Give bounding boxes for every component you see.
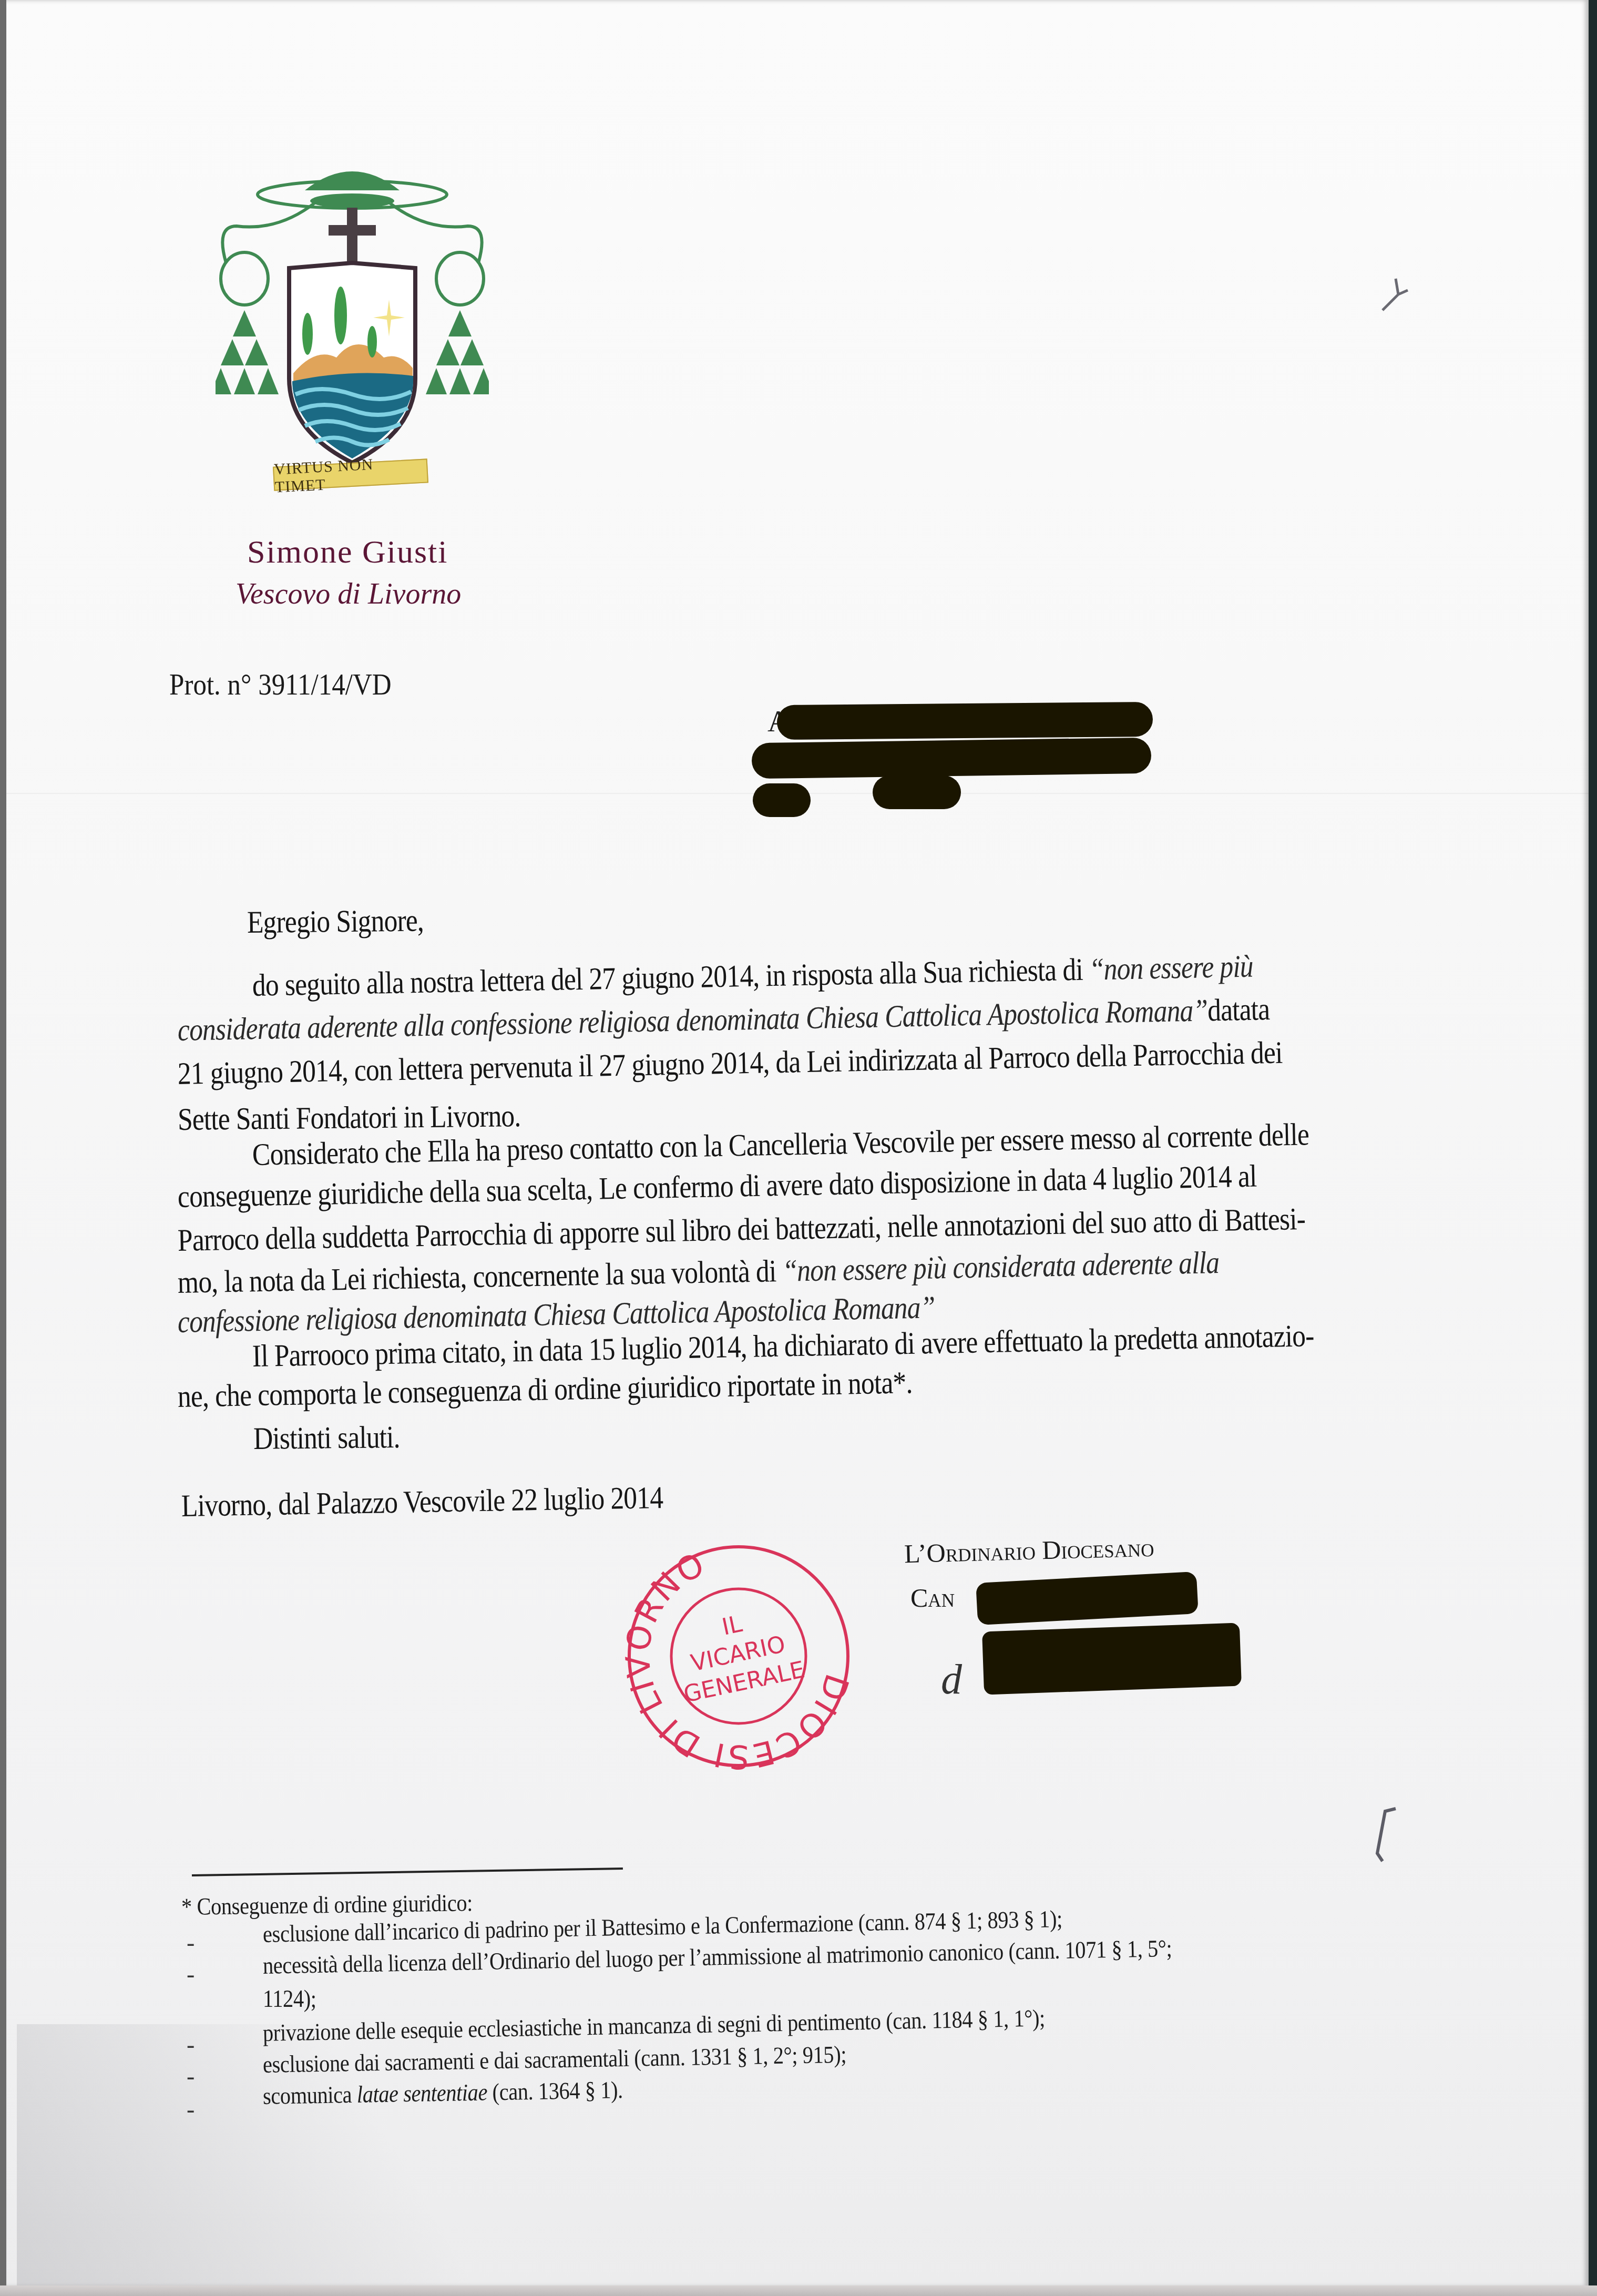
pen-mark-icon	[1377, 273, 1430, 326]
bullet: -	[187, 2095, 194, 2123]
signature-role: L’Ordinario Diocesano	[904, 1532, 1154, 1569]
footnote-item-continuation: 1124);	[263, 1985, 316, 2013]
salutation: Egregio Signore,	[247, 902, 424, 941]
photo-edge-left	[0, 0, 6, 2296]
redaction-bar	[777, 702, 1153, 740]
closing: Distinti saluti.	[253, 1419, 400, 1457]
photo-edge-right	[1589, 0, 1597, 2296]
diocese-stamp-icon: DIOCESI DI LIVORNO IL VICARIO GENERALE	[623, 1540, 854, 1772]
bishop-title: Vescovo di Livorno	[236, 577, 461, 611]
bullet: -	[187, 1928, 194, 1956]
signature-initial: d	[941, 1656, 962, 1704]
coat-of-arms-motto: VIRTUS NON TIMET	[273, 458, 428, 491]
bishop-name: Simone Giusti	[247, 534, 448, 571]
bullet: -	[187, 2062, 194, 2090]
redaction-bar	[873, 775, 961, 809]
body-line: Sette Santi Fondatori in Livorno.	[178, 1098, 521, 1138]
photo-edge-bottom	[0, 2285, 1597, 2296]
signature-redaction	[982, 1622, 1242, 1695]
bullet: -	[187, 2030, 194, 2058]
signature-name-prefix: Can	[910, 1583, 955, 1613]
redaction-bar	[753, 783, 811, 817]
staple-icon	[1369, 1803, 1411, 1872]
svg-text:IL: IL	[720, 1610, 745, 1641]
redaction-bar	[752, 738, 1152, 779]
coat-of-arms-icon	[216, 158, 489, 494]
protocol-number: Prot. n° 3911/14/VD	[169, 667, 392, 702]
bullet: -	[187, 1960, 194, 1988]
footnote-title: * Conseguenze di ordine giuridico:	[181, 1889, 473, 1921]
